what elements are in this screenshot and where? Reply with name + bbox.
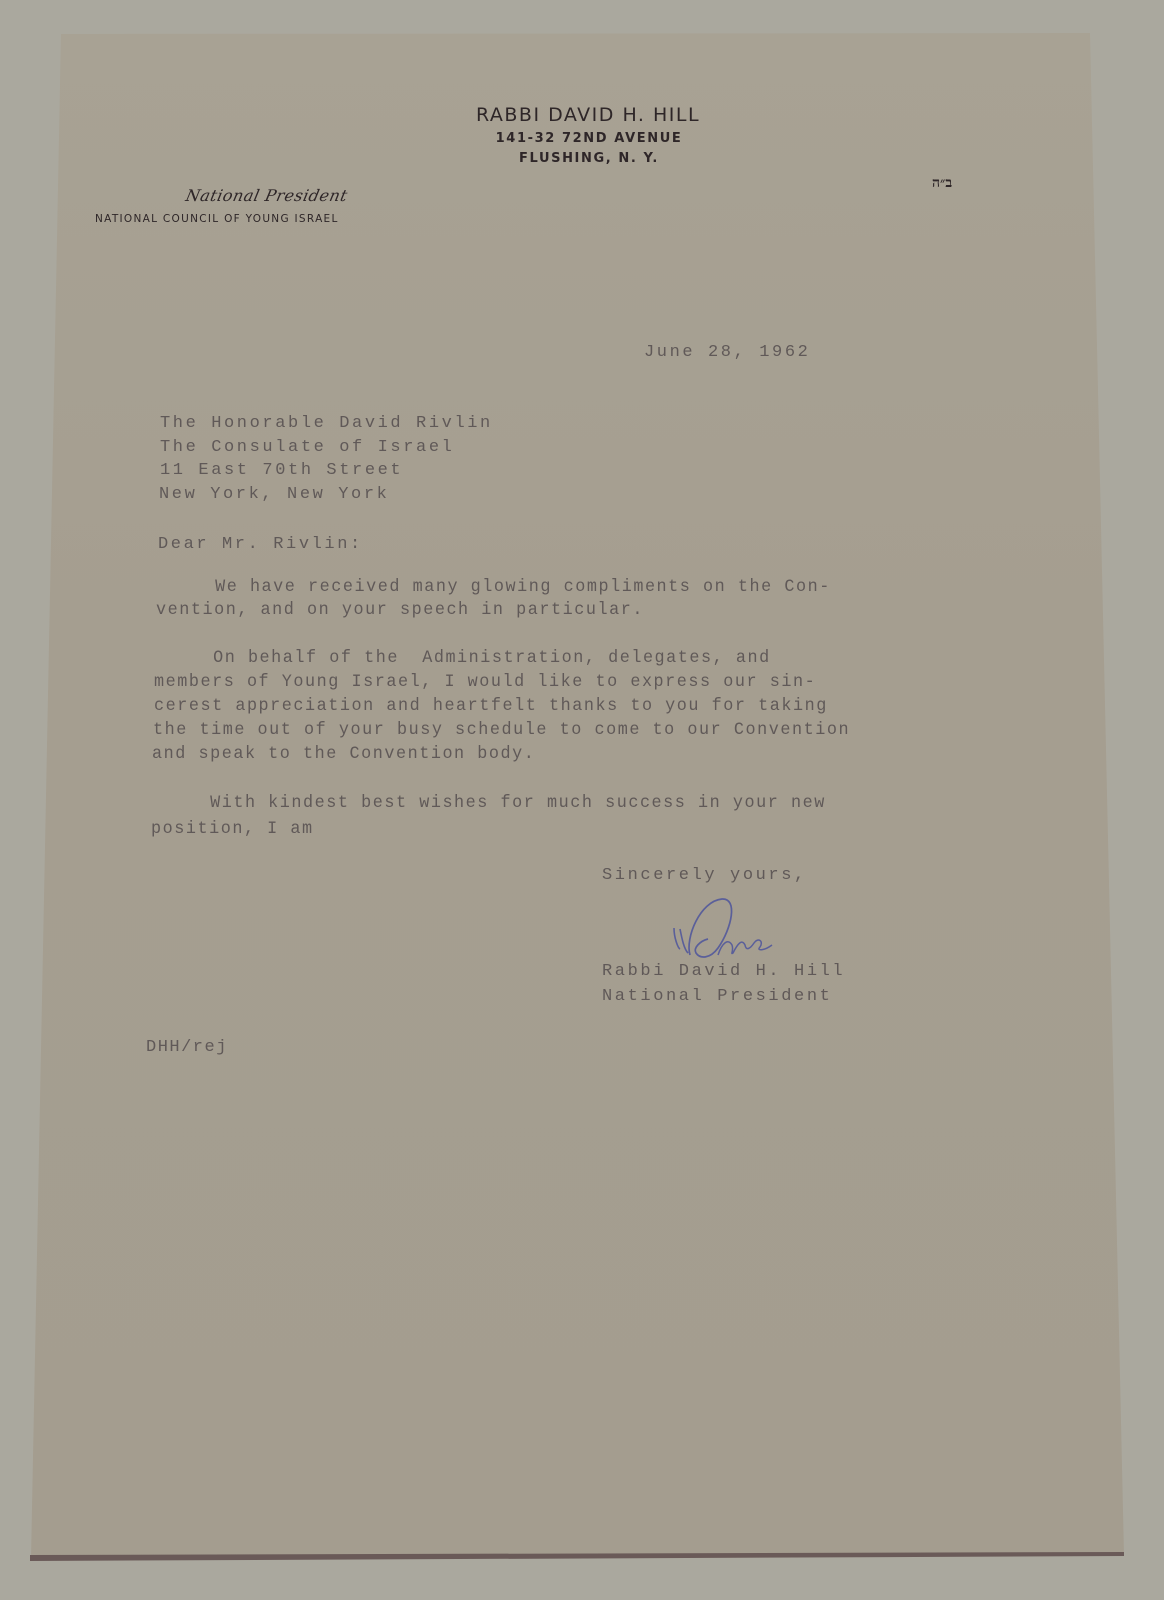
letterhead-title-script: National President [184, 186, 349, 205]
body-line: We have received many glowing compliment… [157, 577, 831, 597]
body-line: vention, and on your speech in particula… [156, 600, 644, 620]
letter-date: June 28, 1962 [644, 343, 810, 362]
hebrew-bh-mark: ב״ה [932, 175, 952, 192]
reference-initials: DHH/rej [146, 1038, 228, 1057]
signer-title: National President [602, 987, 832, 1006]
closing: Sincerely yours, [602, 866, 807, 885]
recipient-line: New York, New York [159, 485, 389, 504]
recipient-line: The Consulate of Israel [160, 438, 454, 457]
body-line: cerest appreciation and heartfelt thanks… [154, 696, 828, 716]
signer-name: Rabbi David H. Hill [602, 962, 845, 981]
letterhead-address: 141-32 72ND AVENUE [0, 131, 1164, 146]
body-line: position, I am [151, 819, 314, 839]
body-line: the time out of your busy schedule to co… [153, 720, 850, 740]
body-line: On behalf of the Administration, delegat… [155, 648, 771, 668]
body-line: With kindest best wishes for much succes… [152, 793, 826, 813]
handwritten-signature [660, 893, 780, 973]
letterhead-name: RABBI DAVID H. HILL [0, 104, 1164, 126]
recipient-line: 11 East 70th Street [160, 461, 403, 480]
letterhead-city: FLUSHING, N. Y. [0, 151, 1164, 166]
letterhead-organization: NATIONAL COUNCIL OF YOUNG ISRAEL [95, 213, 339, 225]
body-line: members of Young Israel, I would like to… [154, 672, 816, 692]
body-line: and speak to the Convention body. [152, 744, 535, 764]
recipient-line: The Honorable David Rivlin [160, 414, 493, 433]
salutation: Dear Mr. Rivlin: [158, 535, 363, 554]
